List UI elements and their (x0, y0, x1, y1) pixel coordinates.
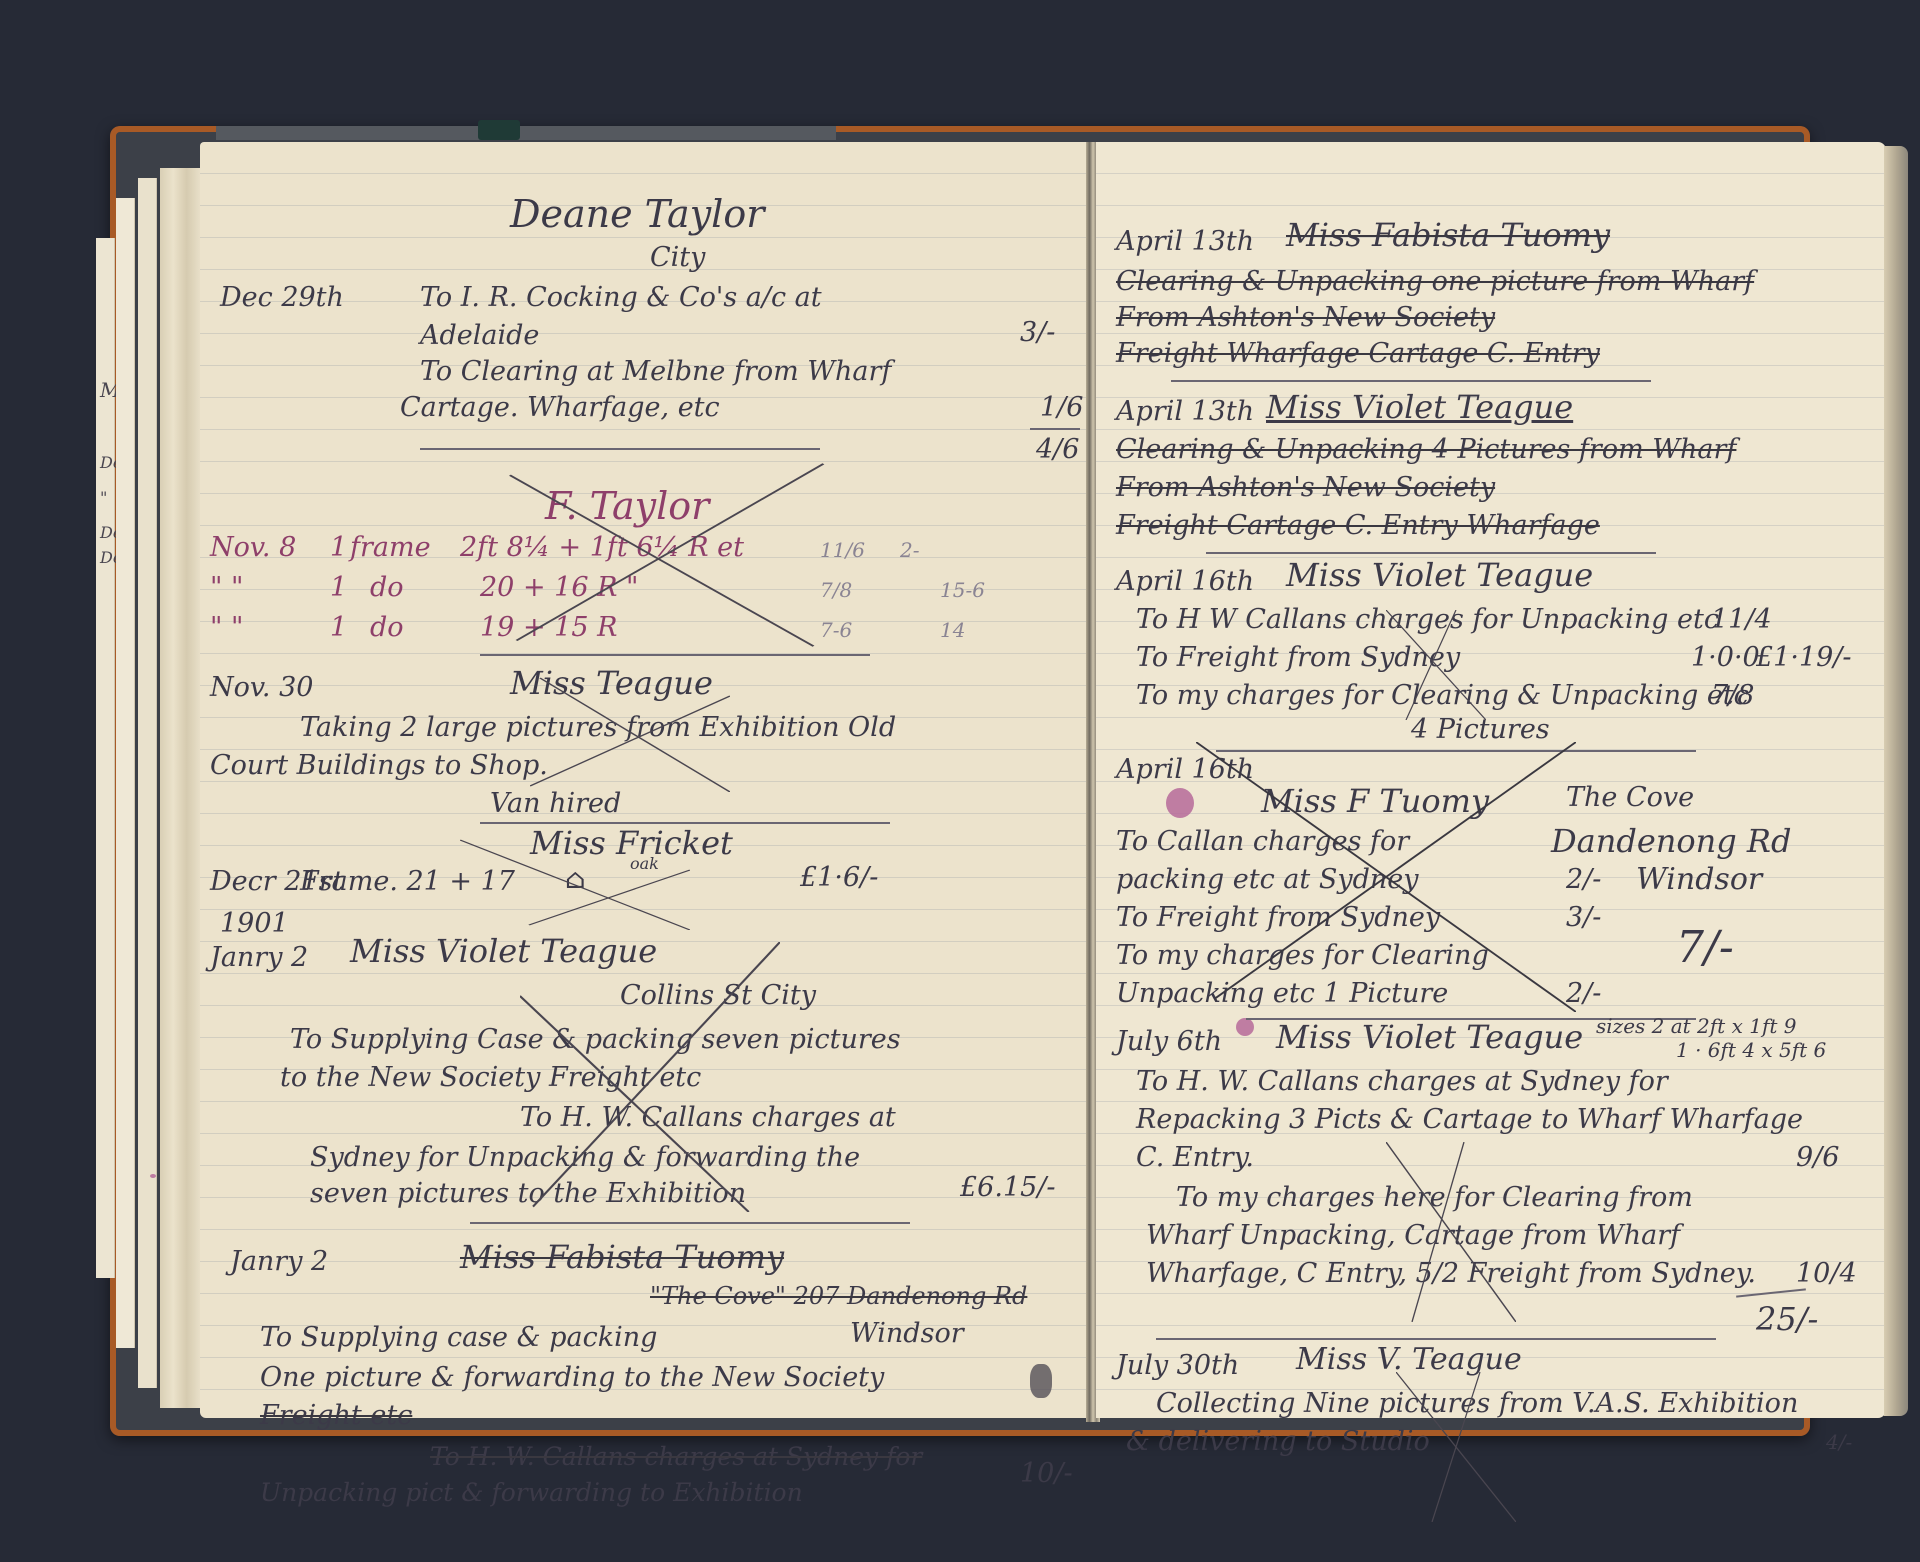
entry-line: Wharfage, C Entry, 5/2 Freight from Sydn… (1146, 1258, 1756, 1289)
entry-heading: Miss Violet Teague (1276, 1018, 1583, 1056)
ink-dot (150, 1174, 156, 1178)
entry-line: to the New Society Freight etc (280, 1062, 701, 1093)
entry-amount: 1·0·0 (1691, 642, 1760, 673)
entry-line: To Clearing at Melbne from Wharf (420, 356, 891, 387)
entry-line: To H. W. Callans charges at Sydney for (430, 1442, 922, 1471)
entry-date: Nov. 30 (210, 672, 313, 703)
row-size: 2ft 8¼ + 1ft 6¼ R et (460, 532, 744, 563)
ink-blot (1236, 1018, 1254, 1036)
ledger-book: M De " De De Deane Taylor City Dec 29th … (96, 126, 1816, 1446)
row-date: " " (210, 612, 243, 643)
entry-line: One picture & forwarding to the New Soci… (260, 1362, 884, 1393)
entry-line: Wharf Unpacking, Cartage from Wharf (1146, 1220, 1680, 1251)
entry-date: April 13th (1116, 226, 1254, 257)
entry-address: "The Cove" 207 Dandenong Rd (650, 1282, 1027, 1310)
entry-line: Freight Cartage C. Entry Wharfage (1116, 510, 1600, 541)
ink-blot (1166, 788, 1194, 818)
entry-line: Clearing & Unpacking 4 Pictures from Wha… (1116, 434, 1736, 465)
entry-line: To Supplying case & packing (260, 1322, 657, 1353)
entry-divider (1156, 1338, 1716, 1340)
entry-amount: 2/- (1566, 978, 1601, 1009)
entry-heading: Miss Teague (510, 664, 713, 702)
entry-amount: 2/- (1566, 864, 1601, 895)
entry-line: & delivering to Studio (1126, 1426, 1430, 1457)
entry-line: Unpacking pict & forwarding to Exhibitio… (260, 1478, 803, 1507)
row-extra: 14 (940, 618, 965, 642)
entry-amount: 7/8 (1711, 680, 1754, 711)
entry-line: From Ashton's New Society (1116, 302, 1495, 333)
row-price: 7-6 (820, 618, 852, 642)
entry-heading: Miss Violet Teague (1286, 556, 1593, 594)
right-page-edge (1884, 146, 1908, 1416)
row-price: 7/8 (820, 578, 852, 602)
sum-rule (1030, 428, 1080, 430)
entry-divider (1206, 552, 1656, 554)
entry-subheading: City (650, 242, 705, 273)
sum-rule (1736, 1288, 1806, 1297)
entry-line: Freight Wharfage Cartage C. Entry (1116, 338, 1600, 369)
entry-address: Windsor (850, 1318, 964, 1349)
entry-heading: Miss Fabista Tuomy (1286, 216, 1610, 254)
frame-sketch-icon: ⌂ (565, 864, 586, 895)
entry-line: Cartage. Wharfage, etc (400, 392, 720, 423)
entry-line: To Callan charges for (1116, 826, 1409, 857)
right-page: April 13th Miss Fabista Tuomy Clearing &… (1096, 142, 1886, 1418)
entry-line: Repacking 3 Picts & Cartage to Wharf Wha… (1136, 1104, 1803, 1135)
entry-line: To Freight from Sydney (1136, 642, 1460, 673)
page-edge (116, 198, 135, 1348)
row-item: do (370, 572, 404, 603)
entry-address: The Cove (1566, 782, 1694, 813)
entry-heading: Miss Violet Teague (350, 932, 657, 970)
ink-smudge (1030, 1364, 1052, 1398)
entry-line: Clearing & Unpacking one picture from Wh… (1116, 266, 1754, 297)
entry-amount: £6.15/- (960, 1172, 1056, 1203)
edge-fragment-text: " (100, 488, 107, 507)
entry-line: To Freight from Sydney (1116, 902, 1440, 933)
row-date: " " (210, 572, 243, 603)
entry-line: To H. W. Callans charges at (520, 1102, 896, 1133)
entry-line: To H W Callans charges for Unpacking etc (1136, 604, 1719, 635)
entry-sizes: 1 · 6ft 4 x 5ft 6 (1676, 1038, 1826, 1062)
entry-heading: Miss V. Teague (1296, 1342, 1522, 1377)
entry-line: Taking 2 large pictures from Exhibition … (300, 712, 896, 743)
row-extra: 15-6 (940, 578, 985, 602)
entry-heading: Miss Fabista Tuomy (460, 1238, 784, 1276)
entry-heading: F. Taylor (545, 484, 709, 528)
entry-line: To my charges for Clearing & Unpacking e… (1136, 680, 1749, 711)
entry-line: To my charges for Clearing (1116, 940, 1489, 971)
entry-year: 1901 (220, 908, 289, 939)
entry-line: To I. R. Cocking & Co's a/c at (420, 282, 822, 313)
entry-line: Frame. 21 + 17 (300, 866, 515, 897)
page-edge (138, 178, 157, 1388)
entry-amount: 10/- (1020, 1458, 1073, 1489)
entry-address: Dandenong Rd (1551, 822, 1791, 860)
entry-divider (1216, 750, 1696, 752)
entry-amount: 11/4 (1711, 604, 1772, 635)
entry-line: To Supplying Case & packing seven pictur… (290, 1024, 901, 1055)
entry-line: Unpacking etc 1 Picture (1116, 978, 1448, 1009)
entry-date: April 13th (1116, 396, 1254, 427)
entry-line: Collecting Nine pictures from V.A.S. Exh… (1156, 1388, 1798, 1419)
entry-amount: 3/- (1020, 317, 1055, 348)
cover-spine-strip (216, 126, 836, 140)
row-item: frame (350, 532, 431, 563)
entry-total: 7/- (1676, 922, 1734, 973)
entry-divider (420, 448, 820, 450)
entry-amount: 3/- (1566, 902, 1601, 933)
left-page-stack: M De " De De (96, 148, 196, 1418)
row-size: 20 + 16 R " (480, 572, 638, 603)
entry-total: 25/- (1756, 1300, 1818, 1338)
entry-line: From Ashton's New Society (1116, 472, 1495, 503)
row-size: 19 + 15 R (480, 612, 617, 643)
entry-amount: 9/6 (1796, 1142, 1839, 1173)
entry-date: Janry 2 (210, 942, 308, 973)
entry-amount: 10/4 (1796, 1258, 1857, 1289)
entry-line: Court Buildings to Shop. (210, 750, 548, 781)
row-extra: 2- (900, 538, 919, 562)
entry-note: oak (630, 854, 659, 873)
entry-line: Freight etc (260, 1400, 412, 1431)
row-date: Nov. 8 (210, 532, 296, 563)
entry-note: 4 Pictures (1411, 714, 1550, 745)
left-page: Deane Taylor City Dec 29th To I. R. Cock… (200, 142, 1086, 1418)
entry-date: July 30th (1116, 1350, 1239, 1381)
entry-line: packing etc at Sydney (1116, 864, 1418, 895)
row-qty: 1 (330, 612, 347, 643)
row-qty: 1 (330, 532, 347, 563)
row-qty: 1 (330, 572, 347, 603)
entry-heading: Deane Taylor (510, 192, 764, 236)
entry-sizes: sizes 2 at 2ft x 1ft 9 (1596, 1014, 1796, 1038)
row-item: do (370, 612, 404, 643)
entry-date: April 16th (1116, 566, 1254, 597)
page-edge (160, 168, 201, 1408)
entry-date: April 16th (1116, 754, 1254, 785)
entry-date: Dec 29th (220, 282, 344, 313)
entry-heading: Miss Violet Teague (1266, 388, 1573, 426)
entry-note: Van hired (490, 788, 621, 819)
entry-subheading: Collins St City (620, 980, 816, 1011)
entry-total: 4/6 (1036, 434, 1079, 465)
entry-date: July 6th (1116, 1026, 1222, 1057)
entry-divider (1171, 380, 1651, 382)
entry-total: £1·19/- (1756, 642, 1852, 673)
entry-address: Windsor (1636, 862, 1762, 897)
entry-line: C. Entry. (1136, 1142, 1254, 1173)
entry-heading: Miss F Tuomy (1261, 782, 1489, 820)
entry-amount: £1·6/- (800, 862, 878, 893)
entry-line: To my charges here for Clearing from (1176, 1182, 1693, 1213)
entry-line: Adelaide (420, 320, 539, 351)
entry-line: To H. W. Callans charges at Sydney for (1136, 1066, 1668, 1097)
entry-divider (470, 1222, 910, 1224)
cover-tab (478, 120, 520, 140)
loose-page-fragment: M De " De De (96, 238, 115, 1278)
entry-amount: 1/6 (1040, 392, 1083, 423)
entry-date: Janry 2 (230, 1246, 328, 1277)
entry-amount: 4/- (1826, 1430, 1852, 1454)
row-price: 11/6 (820, 538, 865, 562)
entry-divider (480, 654, 870, 656)
entry-line: seven pictures to the Exhibition (310, 1178, 746, 1209)
entry-line: Sydney for Unpacking & forwarding the (310, 1142, 860, 1173)
